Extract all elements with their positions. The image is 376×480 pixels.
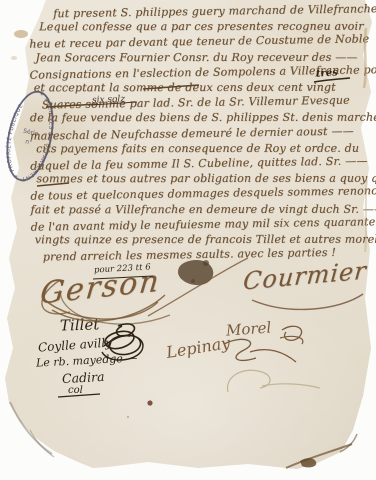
signature-cadira-col: col bbox=[68, 385, 83, 396]
signature-tillet: Tillet bbox=[60, 315, 100, 334]
scanned-manuscript-page: ✶ ARCHIVES DU DÉPARTEMENT ✶ PROPRIÉTÉ PU… bbox=[0, 0, 376, 480]
signature-cadira: Cadira bbox=[62, 369, 105, 386]
signature-morel: Morel bbox=[225, 318, 271, 339]
paper-stain bbox=[14, 30, 28, 38]
paper-stain bbox=[11, 56, 17, 60]
manuscript-text-block: fut present S. philippes guery marchand … bbox=[29, 3, 369, 264]
interlinear-correction-tres: tres bbox=[316, 67, 339, 80]
interlinear-correction-six-solz: six solz bbox=[92, 94, 125, 105]
